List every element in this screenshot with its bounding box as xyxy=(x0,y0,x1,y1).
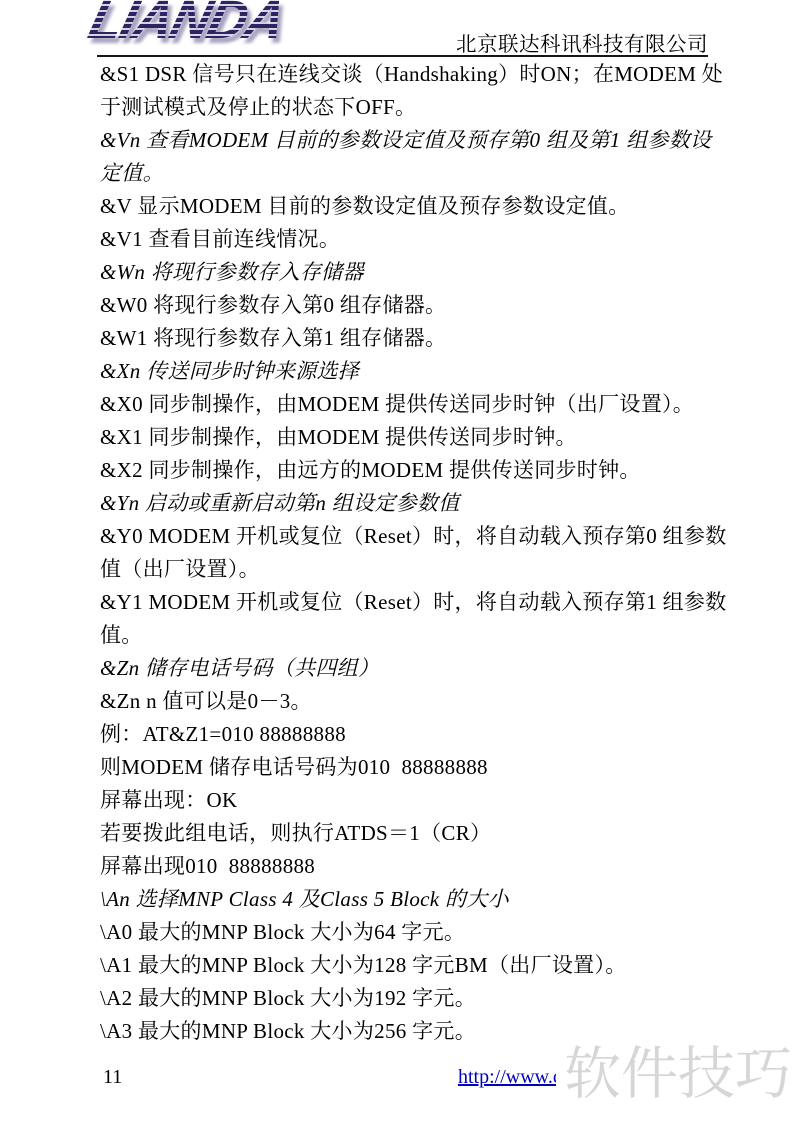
document-line: &W0 将现行参数存入第0 组存储器。 xyxy=(100,289,740,322)
document-line: 例：AT&Z1=010 88888888 xyxy=(100,718,740,751)
document-line: 屏幕出现：OK xyxy=(100,784,740,817)
footer-url-link[interactable]: http://www.c xyxy=(458,1066,562,1089)
document-line: 值。 xyxy=(100,619,740,652)
document-line: 于测试模式及停止的状态下OFF。 xyxy=(100,91,740,124)
document-line: 值（出厂设置）。 xyxy=(100,553,740,586)
document-line: &Zn 储存电话号码（共四组） xyxy=(100,652,740,685)
watermark-box: 软件技巧 xyxy=(556,1038,800,1118)
document-page: LIANDA LIANDA 北京联达科讯科技有限公司 &S1 DSR 信号只在连… xyxy=(0,0,800,1135)
document-body: &S1 DSR 信号只在连线交谈（Handshaking）时ON；在MODEM … xyxy=(100,58,740,1048)
document-line: \An 选择MNP Class 4 及Class 5 Block 的大小 xyxy=(100,883,740,916)
document-line: \A2 最大的MNP Block 大小为192 字元。 xyxy=(100,982,740,1015)
document-line: \A1 最大的MNP Block 大小为128 字元BM（出厂设置）。 xyxy=(100,949,740,982)
document-line: &Xn 传送同步时钟来源选择 xyxy=(100,355,740,388)
document-line: \A0 最大的MNP Block 大小为64 字元。 xyxy=(100,916,740,949)
document-line: &Yn 启动或重新启动第n 组设定参数值 xyxy=(100,487,740,520)
document-line: 屏幕出现010 88888888 xyxy=(100,850,740,883)
document-line: 若要拨此组电话，则执行ATDS＝1（CR） xyxy=(100,817,740,850)
document-line: &V 显示MODEM 目前的参数设定值及预存参数设定值。 xyxy=(100,190,740,223)
document-line: &Wn 将现行参数存入存储器 xyxy=(100,256,740,289)
document-line: 则MODEM 储存电话号码为010 88888888 xyxy=(100,751,740,784)
lianda-logo: LIANDA LIANDA xyxy=(80,0,320,50)
document-line: &Y1 MODEM 开机或复位（Reset）时，将自动载入预存第1 组参数 xyxy=(100,586,740,619)
document-line: &Zn n 值可以是0－3。 xyxy=(100,685,740,718)
document-line: &X2 同步制操作，由远方的MODEM 提供传送同步时钟。 xyxy=(100,454,740,487)
document-line: &W1 将现行参数存入第1 组存储器。 xyxy=(100,322,740,355)
logo-text: LIANDA xyxy=(83,0,290,50)
document-line: &X1 同步制操作，由MODEM 提供传送同步时钟。 xyxy=(100,421,740,454)
document-line: &S1 DSR 信号只在连线交谈（Handshaking）时ON；在MODEM … xyxy=(100,58,740,91)
company-name: 北京联达科讯科技有限公司 xyxy=(456,27,708,57)
lianda-logo-graphic: LIANDA LIANDA xyxy=(80,0,320,50)
watermark-text: 软件技巧 xyxy=(564,1044,792,1104)
page-number: 11 xyxy=(103,1066,122,1089)
document-line: &Y0 MODEM 开机或复位（Reset）时，将自动载入预存第0 组参数 xyxy=(100,520,740,553)
document-line: 定值。 xyxy=(100,157,740,190)
document-line: &X0 同步制操作，由MODEM 提供传送同步时钟（出厂设置）。 xyxy=(100,388,740,421)
document-line: &Vn 查看MODEM 目前的参数设定值及预存第0 组及第1 组参数设 xyxy=(100,124,740,157)
document-line: &V1 查看目前连线情况。 xyxy=(100,223,740,256)
